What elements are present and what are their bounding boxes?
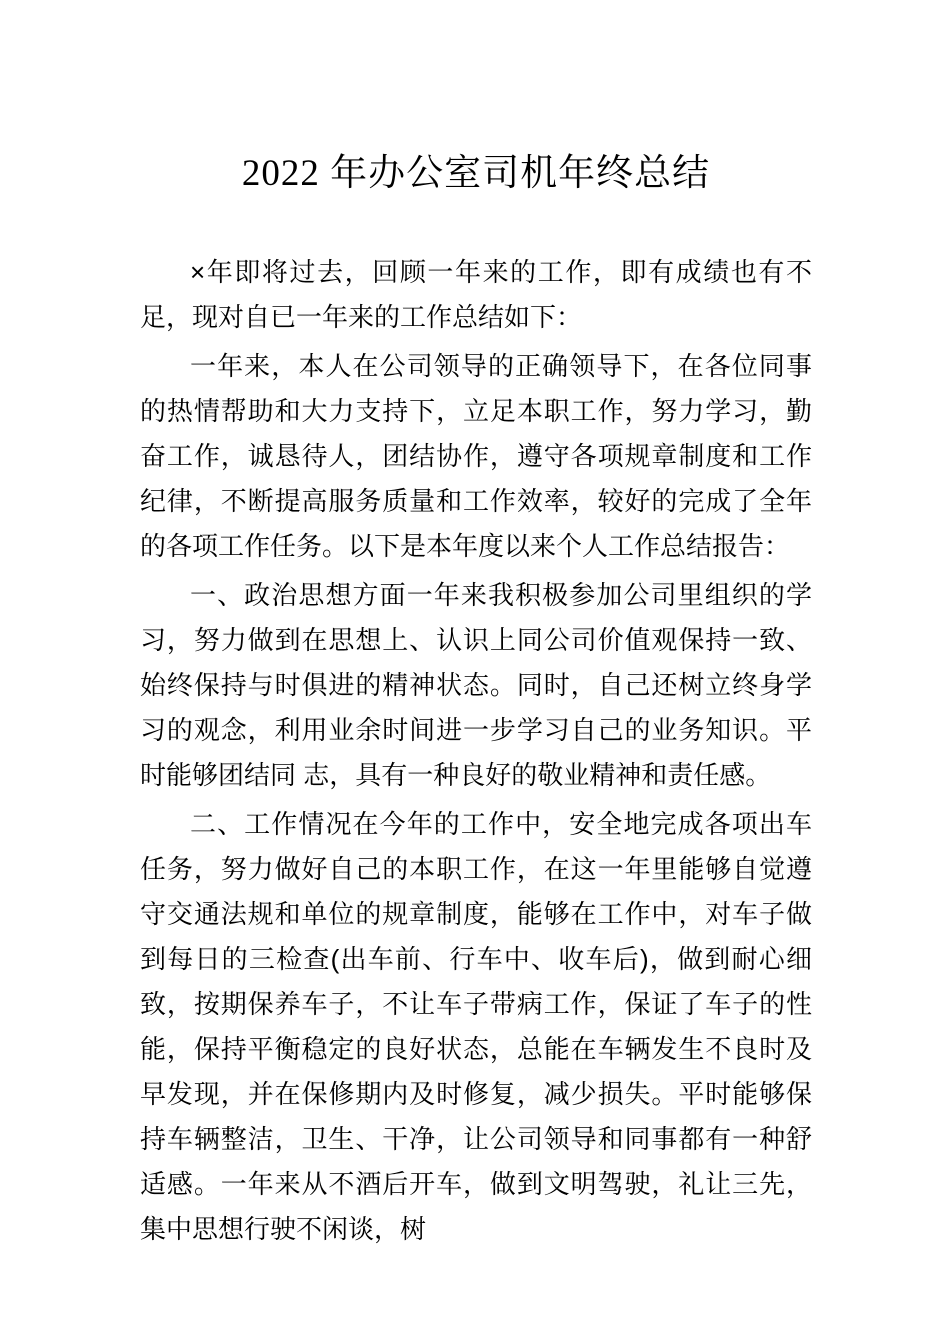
paragraph-overview: 一年来，本人在公司领导的正确领导下，在各位同事的热情帮助和大力支持下，立足本职工…: [140, 344, 812, 569]
document-title: 2022 年办公室司机年终总结: [140, 150, 812, 198]
document-page: 2022 年办公室司机年终总结 ×年即将过去，回顾一年来的工作，即有成绩也有不足…: [0, 0, 950, 1344]
paragraph-intro: ×年即将过去，回顾一年来的工作，即有成绩也有不足，现对自已一年来的工作总结如下：: [140, 250, 812, 340]
paragraph-political-thought: 一、政治思想方面一年来我积极参加公司里组织的学习，努力做到在思想上、认识上同公司…: [140, 573, 812, 798]
paragraph-work-situation: 二、工作情况在今年的工作中，安全地完成各项出车任务，努力做好自己的本职工作，在这…: [140, 802, 812, 1252]
